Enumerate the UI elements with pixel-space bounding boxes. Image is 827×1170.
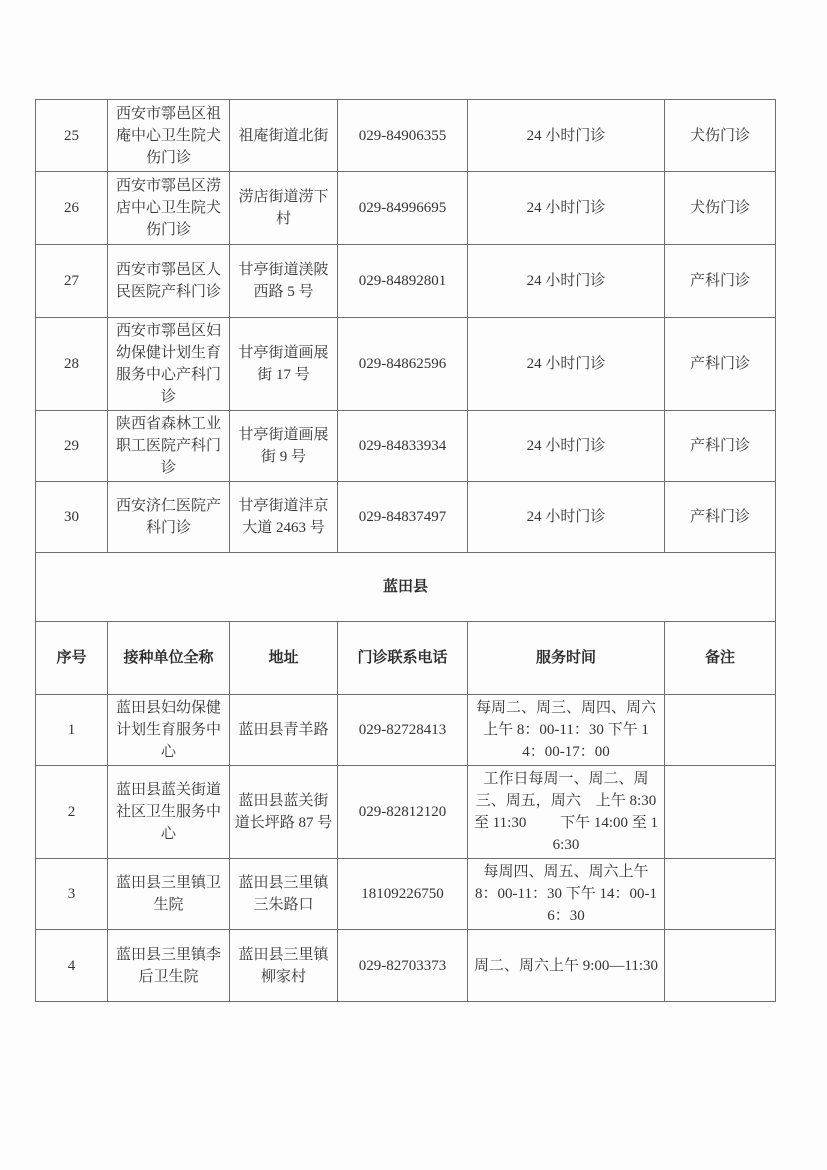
cell-hours: 24 小时门诊	[468, 482, 665, 553]
cell-phone: 029-82812120	[338, 766, 468, 859]
cell-address: 祖庵街道北街	[230, 100, 338, 172]
cell-note	[665, 766, 776, 859]
table-row: 1 蓝田县妇幼保健计划生育服务中心 蓝田县青羊路 029-82728413 每周…	[36, 695, 776, 766]
cell-no: 1	[36, 695, 108, 766]
cell-phone: 029-84837497	[338, 482, 468, 553]
header-address: 地址	[230, 622, 338, 695]
cell-note	[665, 930, 776, 1002]
cell-note: 产科门诊	[665, 482, 776, 553]
table-row: 2 蓝田县蓝关街道社区卫生服务中心 蓝田县蓝关街道长坪路 87 号 029-82…	[36, 766, 776, 859]
cell-phone: 029-84906355	[338, 100, 468, 172]
cell-hours: 24 小时门诊	[468, 318, 665, 411]
cell-note: 产科门诊	[665, 245, 776, 318]
section-row: 蓝田县	[36, 553, 776, 622]
cell-note: 产科门诊	[665, 318, 776, 411]
table-row: 28 西安市鄠邑区妇幼保健计划生育服务中心产科门诊 甘亭街道画展街 17 号 0…	[36, 318, 776, 411]
cell-unit-name: 西安市鄠邑区祖庵中心卫生院犬伤门诊	[108, 100, 230, 172]
cell-note: 犬伤门诊	[665, 172, 776, 245]
cell-no: 28	[36, 318, 108, 411]
cell-address: 蓝田县三里镇三朱路口	[230, 859, 338, 930]
vaccination-clinics-table: 25 西安市鄠邑区祖庵中心卫生院犬伤门诊 祖庵街道北街 029-84906355…	[35, 99, 776, 1002]
cell-phone: 18109226750	[338, 859, 468, 930]
cell-phone: 029-84996695	[338, 172, 468, 245]
cell-hours: 每周四、周五、周六上午 8：00-11：30 下午 14：00-16：30	[468, 859, 665, 930]
cell-hours: 周二、周六上午 9:00—11:30	[468, 930, 665, 1002]
cell-address: 蓝田县蓝关街道长坪路 87 号	[230, 766, 338, 859]
cell-note	[665, 859, 776, 930]
table-row: 3 蓝田县三里镇卫生院 蓝田县三里镇三朱路口 18109226750 每周四、周…	[36, 859, 776, 930]
cell-address: 蓝田县三里镇柳家村	[230, 930, 338, 1002]
cell-phone: 029-84892801	[338, 245, 468, 318]
cell-phone: 029-82703373	[338, 930, 468, 1002]
cell-hours: 24 小时门诊	[468, 245, 665, 318]
cell-address: 甘亭街道沣京大道 2463 号	[230, 482, 338, 553]
cell-no: 2	[36, 766, 108, 859]
cell-phone: 029-82728413	[338, 695, 468, 766]
cell-unit-name: 西安济仁医院产科门诊	[108, 482, 230, 553]
table-row: 30 西安济仁医院产科门诊 甘亭街道沣京大道 2463 号 029-848374…	[36, 482, 776, 553]
header-no: 序号	[36, 622, 108, 695]
cell-unit-name: 蓝田县三里镇卫生院	[108, 859, 230, 930]
cell-no: 29	[36, 411, 108, 482]
cell-unit-name: 蓝田县蓝关街道社区卫生服务中心	[108, 766, 230, 859]
cell-no: 26	[36, 172, 108, 245]
cell-unit-name: 蓝田县妇幼保健计划生育服务中心	[108, 695, 230, 766]
cell-unit-name: 西安市鄠邑区涝店中心卫生院犬伤门诊	[108, 172, 230, 245]
cell-hours: 工作日每周一、周二、周三、周五，周六 上午 8:30 至 11:30 下午 14…	[468, 766, 665, 859]
cell-address: 甘亭街道画展街 9 号	[230, 411, 338, 482]
cell-hours: 24 小时门诊	[468, 100, 665, 172]
cell-address: 甘亭街道渼陂西路 5 号	[230, 245, 338, 318]
cell-address: 甘亭街道画展街 17 号	[230, 318, 338, 411]
cell-no: 4	[36, 930, 108, 1002]
cell-unit-name: 西安市鄠邑区人民医院产科门诊	[108, 245, 230, 318]
header-note: 备注	[665, 622, 776, 695]
header-hours: 服务时间	[468, 622, 665, 695]
cell-note	[665, 695, 776, 766]
cell-hours: 24 小时门诊	[468, 172, 665, 245]
header-unit-name: 接种单位全称	[108, 622, 230, 695]
table-header-row: 序号 接种单位全称 地址 门诊联系电话 服务时间 备注	[36, 622, 776, 695]
cell-phone: 029-84833934	[338, 411, 468, 482]
cell-hours: 每周二、周三、周四、周六 上午 8：00-11：30 下午 14：00-17：0…	[468, 695, 665, 766]
cell-address: 涝店街道涝下村	[230, 172, 338, 245]
cell-no: 30	[36, 482, 108, 553]
cell-unit-name: 陕西省森林工业职工医院产科门诊	[108, 411, 230, 482]
cell-no: 3	[36, 859, 108, 930]
document-page: 25 西安市鄠邑区祖庵中心卫生院犬伤门诊 祖庵街道北街 029-84906355…	[0, 0, 827, 1170]
cell-no: 27	[36, 245, 108, 318]
table-row: 4 蓝田县三里镇李后卫生院 蓝田县三里镇柳家村 029-82703373 周二、…	[36, 930, 776, 1002]
cell-no: 25	[36, 100, 108, 172]
cell-hours: 24 小时门诊	[468, 411, 665, 482]
cell-address: 蓝田县青羊路	[230, 695, 338, 766]
cell-unit-name: 蓝田县三里镇李后卫生院	[108, 930, 230, 1002]
header-phone: 门诊联系电话	[338, 622, 468, 695]
table-row: 25 西安市鄠邑区祖庵中心卫生院犬伤门诊 祖庵街道北街 029-84906355…	[36, 100, 776, 172]
table-row: 26 西安市鄠邑区涝店中心卫生院犬伤门诊 涝店街道涝下村 029-8499669…	[36, 172, 776, 245]
cell-unit-name: 西安市鄠邑区妇幼保健计划生育服务中心产科门诊	[108, 318, 230, 411]
table-row: 29 陕西省森林工业职工医院产科门诊 甘亭街道画展街 9 号 029-84833…	[36, 411, 776, 482]
cell-phone: 029-84862596	[338, 318, 468, 411]
cell-note: 犬伤门诊	[665, 100, 776, 172]
cell-note: 产科门诊	[665, 411, 776, 482]
table-row: 27 西安市鄠邑区人民医院产科门诊 甘亭街道渼陂西路 5 号 029-84892…	[36, 245, 776, 318]
section-title-lantian: 蓝田县	[36, 553, 776, 622]
